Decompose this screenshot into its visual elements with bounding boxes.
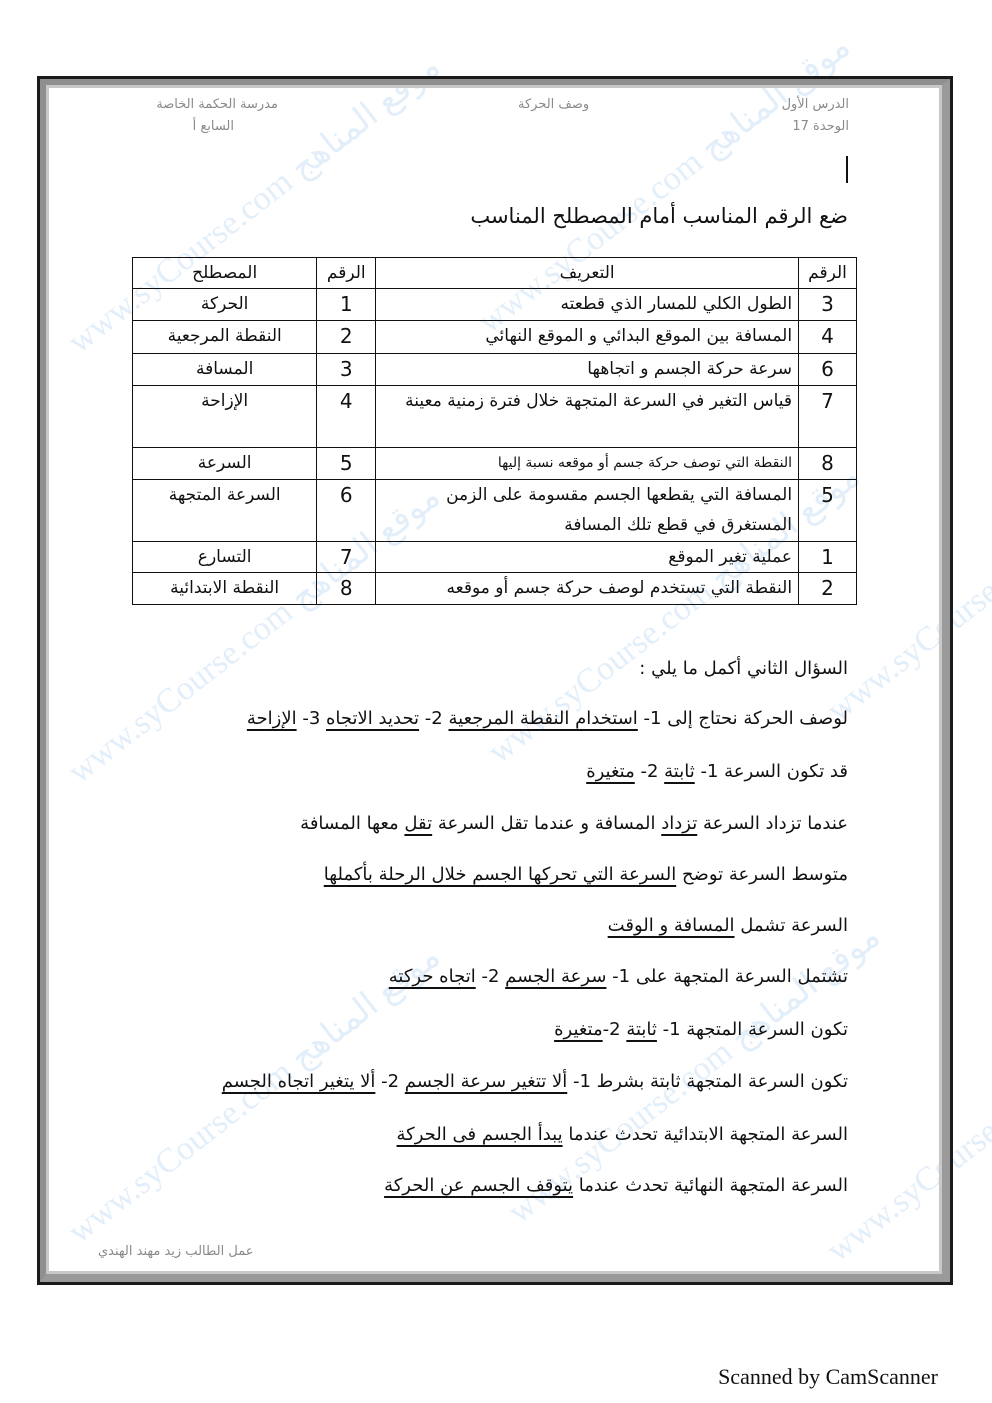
table-row: 3الطول الكلي للمسار الذي قطعته1الحركة (133, 289, 857, 321)
definition-cell: عملية تغير الموقع (376, 542, 799, 573)
fill-in-line: تشتمل السرعة المتجهة على 1- سرعة الجسم 2… (389, 966, 848, 987)
prompt-text: تكون السرعة المتجهة ثابتة بشرط 1- (573, 1071, 848, 1092)
answer-text: متغيرة (586, 761, 635, 782)
term-cell: السرعة (133, 448, 317, 480)
term-cell: السرعة المتجهة (133, 480, 317, 542)
prompt-text: متوسط السرعة توضح (682, 864, 848, 885)
fill-in-line: قد تكون السرعة 1- ثابتة 2- متغيرة (586, 761, 848, 782)
answer-text: سرعة الجسم (505, 966, 606, 987)
definition-cell: المسافة بين الموقع البدائي و الموقع النه… (376, 321, 799, 354)
fill-in-line: لوصف الحركة نحتاج إلى 1- استخدام النقطة … (247, 708, 848, 729)
answer-text: تقل (404, 813, 432, 834)
prompt-text: 3- (297, 708, 326, 729)
answer-cell: 5 (799, 480, 857, 542)
prompt-text: قد تكون السرعة 1- (700, 761, 848, 782)
col-header-number: الرقم (317, 258, 376, 289)
scanner-credit: Scanned by CamScanner (718, 1364, 938, 1390)
answer-text: تحديد الاتجاه (326, 708, 419, 729)
prompt-text: عندما تزداد السرعة (703, 813, 848, 834)
answer-text: المسافة و الوقت (608, 915, 735, 936)
answer-text: يبدأ الجسم فى الحركة (397, 1124, 563, 1145)
fill-in-line: متوسط السرعة توضح السرعة التي تحركها الج… (324, 864, 848, 885)
answer-text: استخدام النقطة المرجعية (448, 708, 637, 729)
col-header-term: المصطلح (133, 258, 317, 289)
col-header-answer: الرقم (799, 258, 857, 289)
answer-cell: 2 (799, 573, 857, 605)
number-cell: 4 (317, 386, 376, 448)
answer-cell: 3 (799, 289, 857, 321)
definition-cell: سرعة حركة الجسم و اتجاهها (376, 354, 799, 386)
definition-cell: النقطة التي توصف حركة جسم أو موقعه نسبة … (376, 448, 799, 480)
table-row: 6سرعة حركة الجسم و اتجاهها3المسافة (133, 354, 857, 386)
fill-in-line: تكون السرعة المتجهة ثابتة بشرط 1- ألا تت… (222, 1071, 848, 1092)
terms-table: الرقم التعريف الرقم المصطلح 3الطول الكلي… (132, 257, 857, 605)
answer-cell: 1 (799, 542, 857, 573)
answer-text: ألا يتغير اتجاه الجسم (222, 1071, 376, 1092)
table-row: 7قياس التغير في السرعة المتجهة خلال فترة… (133, 386, 857, 448)
fill-in-line: السرعة تشمل المسافة و الوقت (608, 915, 848, 936)
fill-in-line: تكون السرعة المتجهة 1- ثابتة 2-متغيرة (554, 1019, 848, 1040)
table-row: 5المسافة التي يقطعها الجسم مقسومة على ال… (133, 480, 857, 542)
answer-text: السرعة التي تحركها الجسم خلال الرحلة بأك… (324, 864, 676, 885)
header-grade: السابع أ (146, 119, 234, 134)
term-cell: المسافة (133, 354, 317, 386)
fill-in-line: السرعة المتجهة النهائية تحدث عندما يتوقف… (384, 1175, 848, 1196)
definition-cell: قياس التغير في السرعة المتجهة خلال فترة … (376, 386, 799, 448)
prompt-text: لوصف الحركة نحتاج إلى 1- (644, 708, 848, 729)
answer-text: ثابتة (626, 1019, 657, 1040)
term-cell: التسارع (133, 542, 317, 573)
text-cursor (846, 156, 848, 183)
header-topic: وصف الحركة (518, 97, 589, 112)
prompt-text: 2- (476, 966, 505, 987)
term-cell: الإزاحة (133, 386, 317, 448)
prompt-text: 2- (635, 761, 664, 782)
number-cell: 5 (317, 448, 376, 480)
prompt-text: تشتمل السرعة المتجهة على 1- (612, 966, 848, 987)
number-cell: 2 (317, 321, 376, 354)
student-name: عمل الطالب زيد مهند الهندي (98, 1244, 253, 1259)
number-cell: 1 (317, 289, 376, 321)
answer-cell: 7 (799, 386, 857, 448)
prompt-text: تكون السرعة المتجهة 1- (663, 1019, 848, 1040)
definition-cell: الطول الكلي للمسار الذي قطعته (376, 289, 799, 321)
prompt-text: السرعة تشمل (740, 915, 848, 936)
prompt-text: السرعة المتجهة الابتدائية تحدث عندما (568, 1124, 848, 1145)
table-row: 1عملية تغير الموقع7التسارع (133, 542, 857, 573)
header-school: مدرسة الحكمة الخاصة (146, 97, 278, 112)
term-cell: النقطة المرجعية (133, 321, 317, 354)
prompt-text: 2- (419, 708, 448, 729)
definition-cell: النقطة التي تستخدم لوصف حركة جسم أو موقع… (376, 573, 799, 605)
table-header-row: الرقم التعريف الرقم المصطلح (133, 258, 857, 289)
prompt-text: السرعة المتجهة النهائية تحدث عندما (579, 1175, 848, 1196)
number-cell: 6 (317, 480, 376, 542)
answer-text: تزداد (661, 813, 697, 834)
prompt-text: المسافة و عندما تقل السرعة (432, 813, 661, 834)
answer-text: متغيرة (554, 1019, 603, 1040)
fill-in-line: السرعة المتجهة الابتدائية تحدث عندما يبد… (397, 1124, 848, 1145)
question2-title: السؤال الثاني أكمل ما يلي : (639, 658, 848, 679)
prompt-text: 2- (375, 1071, 404, 1092)
answer-cell: 6 (799, 354, 857, 386)
definition-cell: المسافة التي يقطعها الجسم مقسومة على الز… (376, 480, 799, 542)
number-cell: 3 (317, 354, 376, 386)
prompt-text: 2- (603, 1019, 627, 1040)
answer-text: يتوقف الجسم عن الحركة (384, 1175, 573, 1196)
table-row: 8النقطة التي توصف حركة جسم أو موقعه نسبة… (133, 448, 857, 480)
answer-text: ثابتة (664, 761, 695, 782)
col-header-definition: التعريف (376, 258, 799, 289)
term-cell: النقطة الابتدائية (133, 573, 317, 605)
answer-text: ألا تتغير سرعة الجسم (405, 1071, 567, 1092)
header-unit: الوحدة 17 (792, 119, 849, 134)
question1-title: ضع الرقم المناسب أمام المصطلح المناسب (470, 204, 848, 228)
answer-text: الإزاحة (247, 708, 297, 729)
answer-text: اتجاه حركته (389, 966, 476, 987)
table-row: 4المسافة بين الموقع البدائي و الموقع الن… (133, 321, 857, 354)
answer-cell: 4 (799, 321, 857, 354)
prompt-text: معها المسافة (300, 813, 404, 834)
number-cell: 8 (317, 573, 376, 605)
number-cell: 7 (317, 542, 376, 573)
header-lesson: الدرس الأول (782, 97, 849, 112)
answer-cell: 8 (799, 448, 857, 480)
table-row: 2النقطة التي تستخدم لوصف حركة جسم أو موق… (133, 573, 857, 605)
term-cell: الحركة (133, 289, 317, 321)
fill-in-line: عندما تزداد السرعة تزداد المسافة و عندما… (300, 813, 848, 834)
